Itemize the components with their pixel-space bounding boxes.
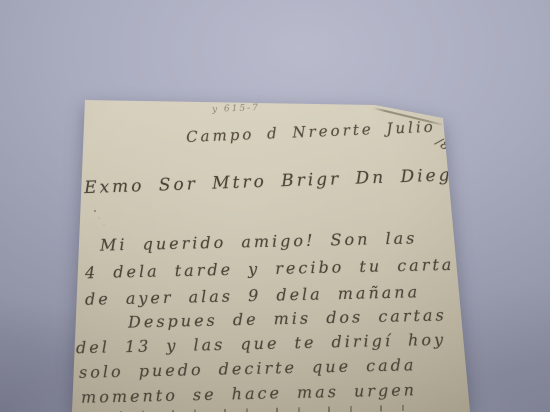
ink-specks [94, 210, 96, 212]
letter-paper: y 615-7 Campo d Nreorte Julio 17 /861 Ex… [72, 98, 470, 412]
archival-annotation: y 615-7 [212, 103, 260, 115]
photograph-of-letter: y 615-7 Campo d Nreorte Julio 17 /861 Ex… [0, 0, 550, 412]
letter-paper-shadow: y 615-7 Campo d Nreorte Julio 17 /861 Ex… [72, 98, 470, 412]
